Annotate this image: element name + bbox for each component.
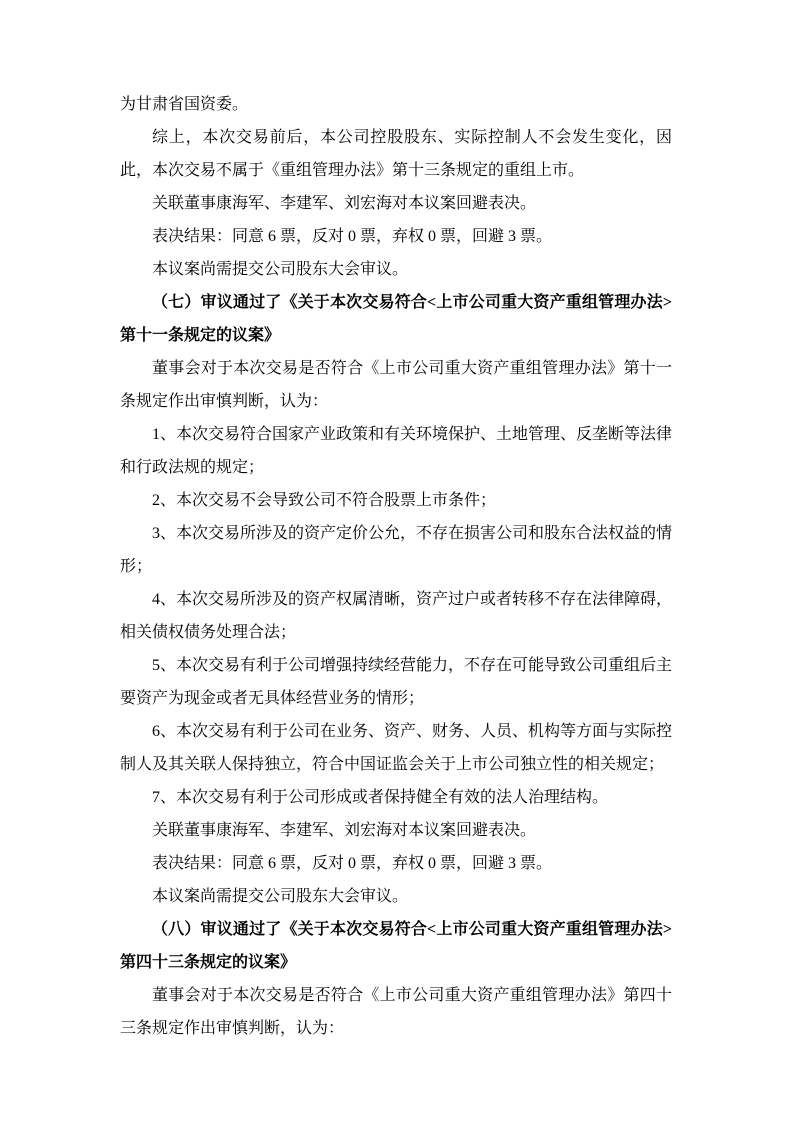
para-vote-result-2: 表决结果：同意 6 票，反对 0 票，弃权 0 票，回避 3 票。 [120,847,672,880]
para-condition-3: 3、本次交易所涉及的资产定价公允，不存在损害公司和股东合法权益的情形； [120,517,672,583]
para-related-directors-abstain-2: 关联董事康海军、李建军、刘宏海对本议案回避表决。 [120,814,672,847]
para-submit-to-shareholders-2: 本议案尚需提交公司股东大会审议。 [120,880,672,913]
para-continuation-gansu-sasac: 为甘肃省国资委。 [120,88,672,121]
heading-resolution-item-7: （七）审议通过了《关于本次交易符合<上市公司重大资产重组管理办法>第十一条规定的… [120,286,672,352]
para-condition-2: 2、本次交易不会导致公司不符合股票上市条件； [120,484,672,517]
heading-resolution-item-8: （八）审议通过了《关于本次交易符合<上市公司重大资产重组管理办法>第四十三条规定… [120,913,672,979]
para-vote-result-1: 表决结果：同意 6 票，反对 0 票，弃权 0 票，回避 3 票。 [120,220,672,253]
para-condition-4: 4、本次交易所涉及的资产权属清晰，资产过户或者转移不存在法律障碍，相关债权债务处… [120,583,672,649]
para-board-judgment-article-11: 董事会对于本次交易是否符合《上市公司重大资产重组管理办法》第十一条规定作出审慎判… [120,352,672,418]
para-board-judgment-article-43: 董事会对于本次交易是否符合《上市公司重大资产重组管理办法》第四十三条规定作出审慎… [120,979,672,1045]
document-page: 为甘肃省国资委。 综上，本次交易前后，本公司控股股东、实际控制人不会发生变化，因… [0,0,793,1122]
para-condition-6: 6、本次交易有利于公司在业务、资产、财务、人员、机构等方面与实际控制人及其关联人… [120,715,672,781]
para-condition-5: 5、本次交易有利于公司增强持续经营能力，不存在可能导致公司重组后主要资产为现金或… [120,649,672,715]
para-related-directors-abstain-1: 关联董事康海军、李建军、刘宏海对本议案回避表决。 [120,187,672,220]
para-submit-to-shareholders-1: 本议案尚需提交公司股东大会审议。 [120,253,672,286]
para-condition-1: 1、本次交易符合国家产业政策和有关环境保护、土地管理、反垄断等法律和行政法规的规… [120,418,672,484]
para-summary-control-unchanged: 综上，本次交易前后，本公司控股股东、实际控制人不会发生变化，因此，本次交易不属于… [120,121,672,187]
para-condition-7: 7、本次交易有利于公司形成或者保持健全有效的法人治理结构。 [120,781,672,814]
